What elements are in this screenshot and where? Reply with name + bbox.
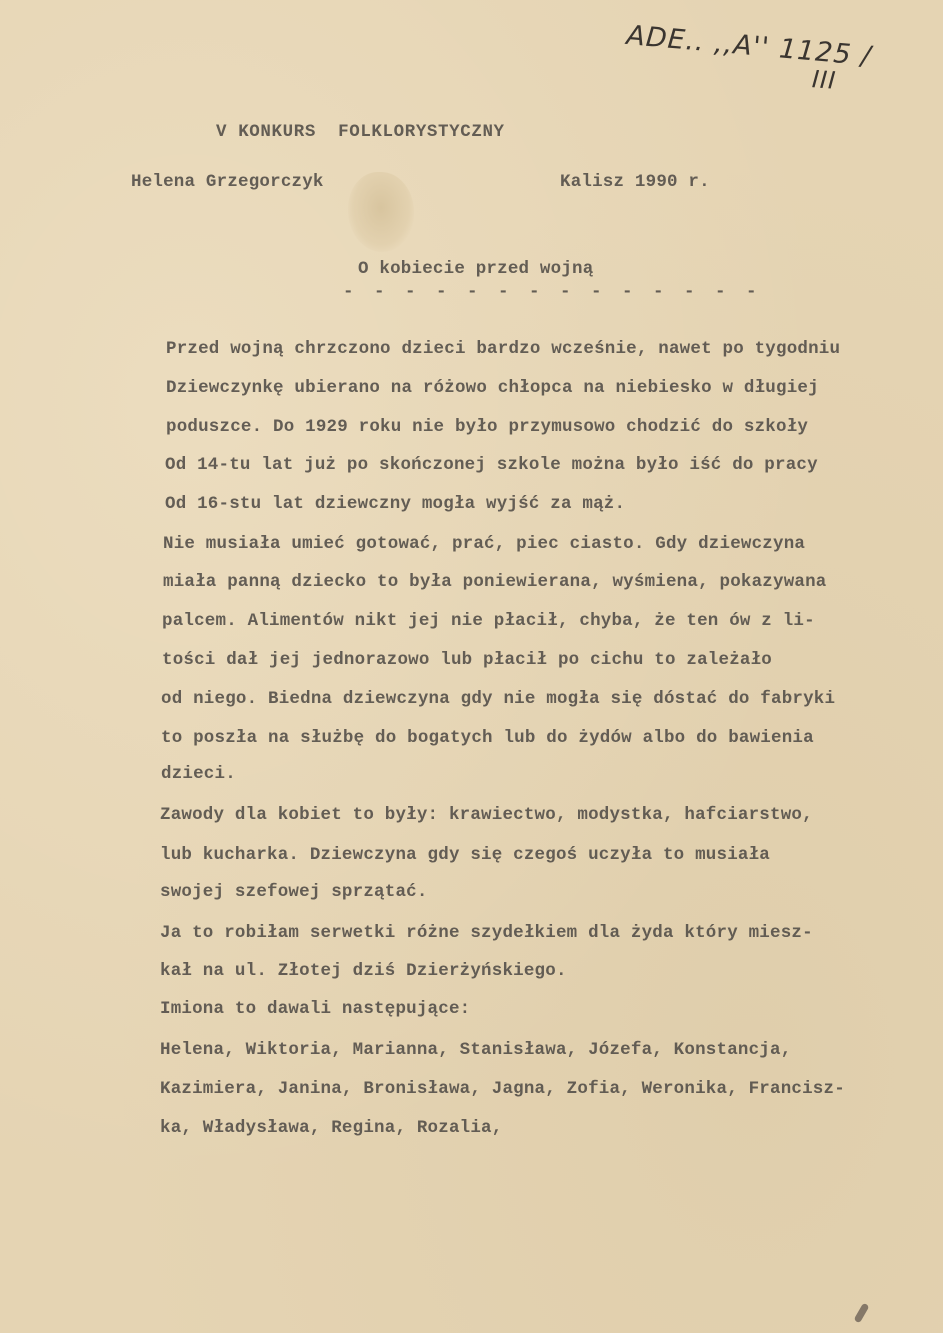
- body-line: Od 14-tu lat już po skończonej szkole mo…: [165, 455, 818, 475]
- body-line: Ja to robiłam serwetki różne szydełkiem …: [160, 923, 813, 943]
- body-line: lub kucharka. Dziewczyna gdy się czegoś …: [160, 845, 770, 865]
- body-line: dzieci.: [161, 764, 236, 784]
- body-line: Od 16-stu lat dziewczny mogła wyjść za m…: [165, 494, 625, 514]
- author-name: Helena Grzegorczyk: [131, 172, 324, 192]
- body-line: to poszła na służbę do bogatych lub do ż…: [161, 728, 814, 748]
- body-line: Imiona to dawali następujące:: [160, 999, 470, 1019]
- body-line: od niego. Biedna dziewczyna gdy nie mogł…: [161, 689, 835, 709]
- title-underline: - - - - - - - - - - - - - -: [343, 282, 762, 302]
- body-line: tości dał jej jednorazowo lub płacił po …: [162, 650, 772, 670]
- archive-subnumber: III: [811, 65, 837, 95]
- body-line: swojej szefowej sprzątać.: [160, 882, 428, 902]
- document-title: O kobiecie przed wojną: [358, 259, 593, 279]
- body-line: ka, Władysława, Regina, Rozalia,: [160, 1118, 502, 1138]
- place-date: Kalisz 1990 r.: [560, 172, 710, 192]
- body-line: Nie musiała umieć gotować, prać, piec ci…: [163, 534, 805, 554]
- body-line: kał na ul. Złotej dziś Dzierżyńskiego.: [160, 961, 567, 981]
- paper-stain: [348, 172, 414, 252]
- body-line: Zawody dla kobiet to były: krawiectwo, m…: [160, 805, 813, 825]
- body-line: palcem. Alimentów nikt jej nie płacił, c…: [162, 611, 815, 631]
- body-line: poduszce. Do 1929 roku nie było przymuso…: [166, 417, 808, 437]
- body-line: Helena, Wiktoria, Marianna, Stanisława, …: [160, 1040, 791, 1060]
- body-line: Dziewczynkę ubierano na różowo chłopca n…: [166, 378, 819, 398]
- body-line: Kazimiera, Janina, Bronisława, Jagna, Zo…: [160, 1079, 845, 1099]
- body-line: Przed wojną chrzczono dzieci bardzo wcze…: [166, 339, 840, 359]
- contest-heading: V KONKURS FOLKLORYSTYCZNY: [216, 122, 505, 142]
- body-line: miała panną dziecko to była poniewierana…: [163, 572, 827, 592]
